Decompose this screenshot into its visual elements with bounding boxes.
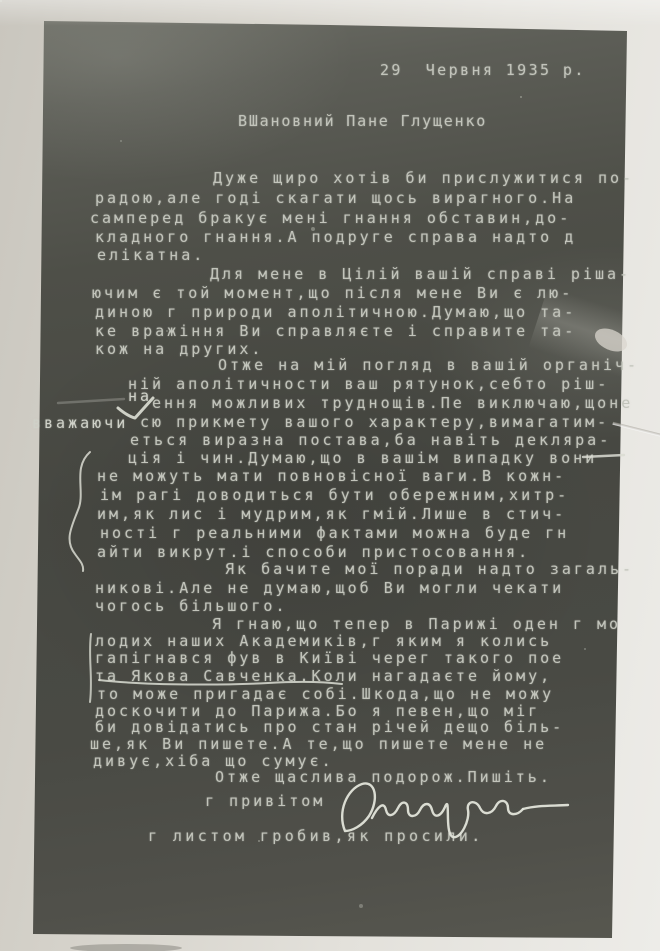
- letter-line: ення можливих труднощів.Пе виключаю,щоне: [152, 395, 633, 411]
- letter-line: елікатна.: [97, 247, 205, 263]
- letter-line: Я гнаю,що тепер в Парижі оден г мо: [212, 616, 621, 632]
- letter-line: Отже щаслива подорож.Пишіть.: [215, 769, 552, 785]
- letter-line: ім рагі доводиться бути обережним,хитр-: [100, 487, 569, 503]
- letter-line: гапігнався фув в Київі черег такого пое: [95, 650, 564, 666]
- letter-salutation: ВШановний Пане Глущенко: [238, 113, 487, 129]
- letter-line: дивує,хіба що сумує.: [93, 753, 334, 769]
- letter-signoff: г привітом: [205, 793, 325, 809]
- letter-line: лодих наших Академиків,г яким я колись: [95, 633, 552, 649]
- letter-line: ючим є той момент,що після мене Ви є лю-: [92, 285, 573, 301]
- margin-insertion: вважаючи: [32, 415, 128, 431]
- letter-line: ке вражіння Ви справляєте і справите та-: [95, 323, 576, 339]
- letter-line: ній аполітичности ваш рятунок,себто ріш-: [128, 376, 609, 392]
- letter-line: кладного гнання.А подруге справа надто д: [95, 229, 576, 245]
- letter-line: айти викрут.і способи пристосовання.: [97, 544, 530, 560]
- letter-line: чогось більшого.: [95, 598, 288, 614]
- letter-line: Для мене в Цілій вашій справі ріша-: [210, 266, 631, 282]
- letter-line: не можуть мати повновісної ваги.В кожн-: [97, 468, 566, 484]
- letter-line: кож на других.: [95, 341, 263, 357]
- letter-line: ція і чин.Думаю,що в вашім випадку вони: [128, 450, 597, 466]
- letter-line: еться виразна постава,ба навіть декляра-: [130, 432, 611, 448]
- letter-line: та Якова Савченка.Коли нагадаєте йому,: [95, 668, 552, 684]
- letter-date: 29 Червня 1935 р.: [380, 62, 586, 78]
- letter-line: диною г природи аполітичною.Думаю,що та-: [95, 304, 576, 320]
- letter-line: доскочити до Парижа.Бо я певен,що міг: [95, 703, 540, 719]
- letter-line: ше,як Ви пишете.А те,що пишете мене не: [90, 736, 547, 752]
- letter-line: сю прикмету вашого характеру,вимагатим-: [140, 414, 609, 430]
- letter-line: Отже на мій погляд в вашій органіч-: [218, 357, 639, 373]
- letter-line: самперед бракує мені гнання обставин,до-: [90, 210, 571, 226]
- letter-line: Як бачите мої поради надто загаль-: [225, 561, 634, 577]
- letter-line: би довідатись про стан річей дещо біль-: [95, 719, 564, 735]
- letter-line: то може пригадає собі.Шкода,що не можу: [97, 686, 554, 702]
- bottom-edge-shadow: [70, 944, 182, 951]
- letter-postscript: г листом гробив,як просили.: [148, 828, 484, 844]
- scan-background: 29 Червня 1935 р. ВШановний Пане Глущенк…: [0, 0, 660, 951]
- margin-insertion: на: [128, 388, 152, 404]
- dust-specks: [0, 0, 2, 2]
- letter-line: им,як лис і мудрим,як гмій.Лише в стич-: [97, 506, 566, 522]
- letter-line: радою,але годі скагати щось вирагного.На: [95, 190, 576, 206]
- letter-line: Дуже щиро хотів би прислужитися по-: [213, 170, 634, 186]
- letter-line: никові.Але не думаю,щоб Ви могли чекати: [95, 580, 564, 596]
- letter-line: ності г реальними фактами можна буде гн: [100, 525, 569, 541]
